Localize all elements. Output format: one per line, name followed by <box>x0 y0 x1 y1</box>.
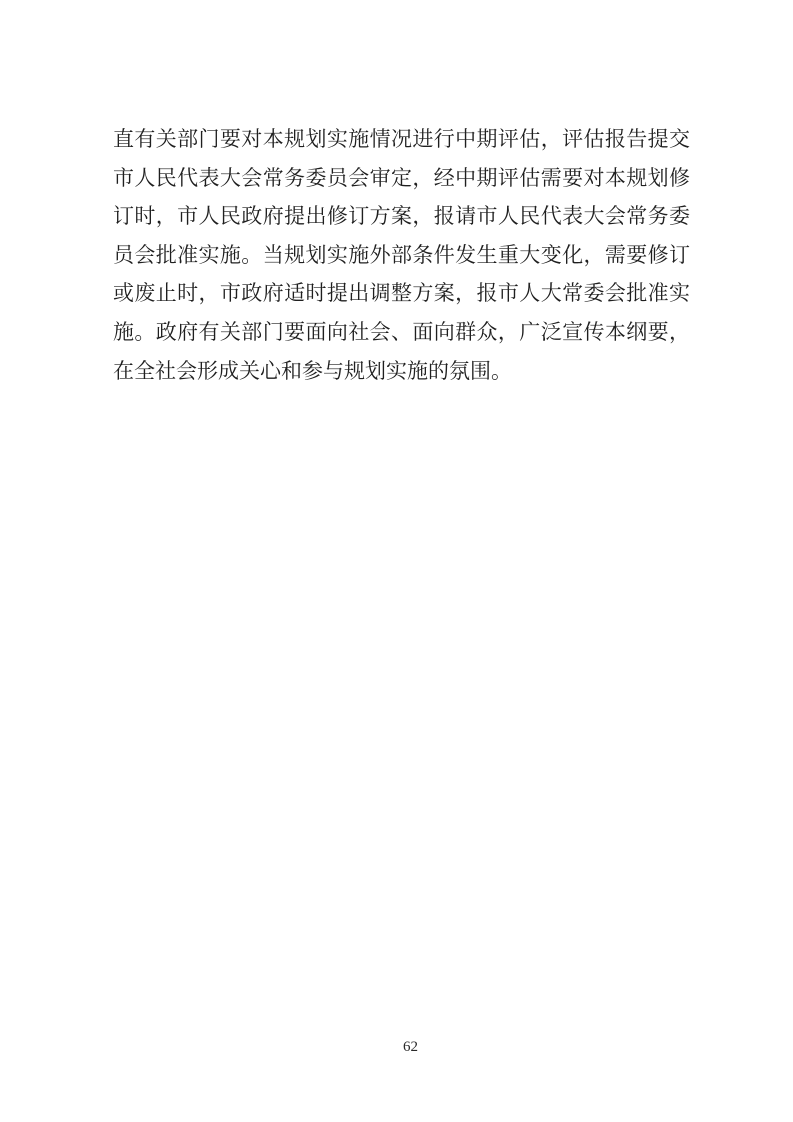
paragraph-line: 员会批准实施。当规划实施外部条件发生重大变化，需要修订 <box>113 236 690 275</box>
page-number: 62 <box>28 1039 793 1056</box>
paragraph-line: 直有关部门要对本规划实施情况进行中期评估，评估报告提交 <box>113 120 690 159</box>
paragraph-line: 在全社会形成关心和参与规划实施的氛围。 <box>113 352 690 391</box>
document-page: 直有关部门要对本规划实施情况进行中期评估，评估报告提交 市人民代表大会常务委员会… <box>0 0 793 1122</box>
paragraph-line: 订时，市人民政府提出修订方案，报请市人民代表大会常务委 <box>113 197 690 236</box>
paragraph-line: 施。政府有关部门要面向社会、面向群众，广泛宣传本纲要， <box>113 313 690 352</box>
paragraph-line: 市人民代表大会常务委员会审定，经中期评估需要对本规划修 <box>113 159 690 198</box>
paragraph-line: 或废止时，市政府适时提出调整方案，报市人大常委会批准实 <box>113 274 690 313</box>
body-paragraph: 直有关部门要对本规划实施情况进行中期评估，评估报告提交 市人民代表大会常务委员会… <box>113 120 690 390</box>
